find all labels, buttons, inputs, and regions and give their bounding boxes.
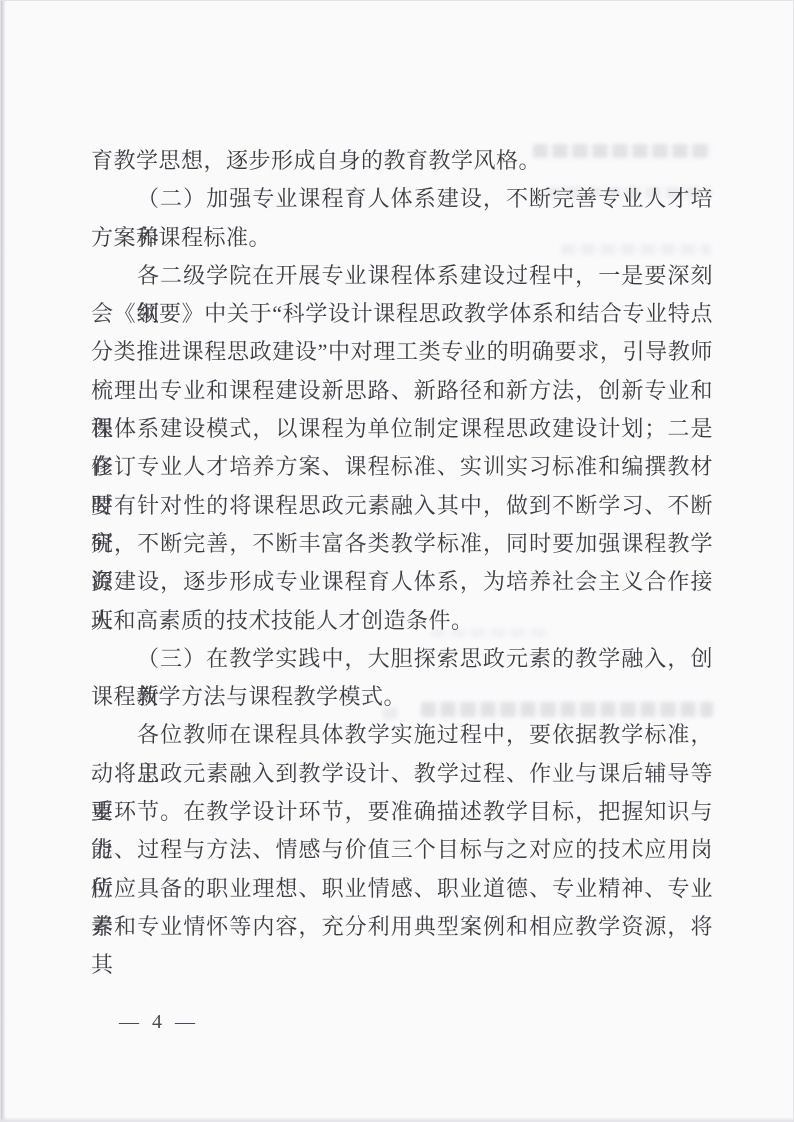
text-line: 所应具备的职业理想、职业情感、职业道德、专业精神、专业素: [91, 870, 713, 908]
text-line: 方案和课程标准。: [91, 219, 713, 257]
scan-bottom-edge-shadow: [1, 1117, 793, 1121]
text-line: 要环节。在教学设计环节，要准确描述教学目标，把握知识与能: [91, 793, 713, 831]
document-body: 育教学思想，逐步形成自身的教育教学风格。（二）加强专业课程育人体系建设，不断完善…: [91, 142, 713, 946]
text-line: （三）在教学实践中，大胆探索思政元素的教学融入，创新: [91, 640, 713, 678]
text-line: 人和高素质的技术技能人才创造条件。: [91, 602, 713, 640]
text-line: 会《纲要》中关于“科学设计课程思政教学体系和结合专业特点: [91, 295, 713, 333]
scanned-document-page: 育教学思想，逐步形成自身的教育教学风格。（二）加强专业课程育人体系建设，不断完善…: [0, 0, 794, 1122]
text-line: 究，不断完善，不断丰富各类教学标准，同时要加强课程教学资: [91, 525, 713, 563]
page-number: — 4 —: [119, 1011, 199, 1034]
scan-left-edge-shadow: [1, 1, 6, 1121]
text-line: 梳理出专业和课程建设新思路、新路径和新方法，创新专业和课: [91, 372, 713, 410]
text-line: （二）加强专业课程育人体系建设，不断完善专业人才培养: [91, 180, 713, 218]
text-line: 修订专业人才培养方案、课程标准、实训实习标准和编撰教材时: [91, 448, 713, 486]
text-line: 分类推进课程思政建设”中对理工类专业的明确要求，引导教师: [91, 333, 713, 371]
text-line: 课程教学方法与课程教学模式。: [91, 678, 713, 716]
text-line: 养和专业情怀等内容，充分利用典型案例和相应教学资源，将其: [91, 908, 713, 946]
text-line: 各位教师在课程具体教学实施过程中，要依据教学标准，主: [91, 716, 713, 754]
text-line: 要有针对性的将课程思政元素融入其中，做到不断学习、不断研: [91, 487, 713, 525]
text-line: 动将思政元素融入到教学设计、教学过程、作业与课后辅导等重: [91, 755, 713, 793]
text-line: 程体系建设模式，以课程为单位制定课程思政建设计划；二是在: [91, 410, 713, 448]
text-line: 育教学思想，逐步形成自身的教育教学风格。: [91, 142, 713, 180]
text-line: 源建设，逐步形成专业课程育人体系，为培养社会主义合作接班: [91, 563, 713, 601]
text-line: 各二级学院在开展专业课程体系建设过程中，一是要深刻领: [91, 257, 713, 295]
text-line: 力、过程与方法、情感与价值三个目标与之对应的技术应用岗位: [91, 831, 713, 869]
